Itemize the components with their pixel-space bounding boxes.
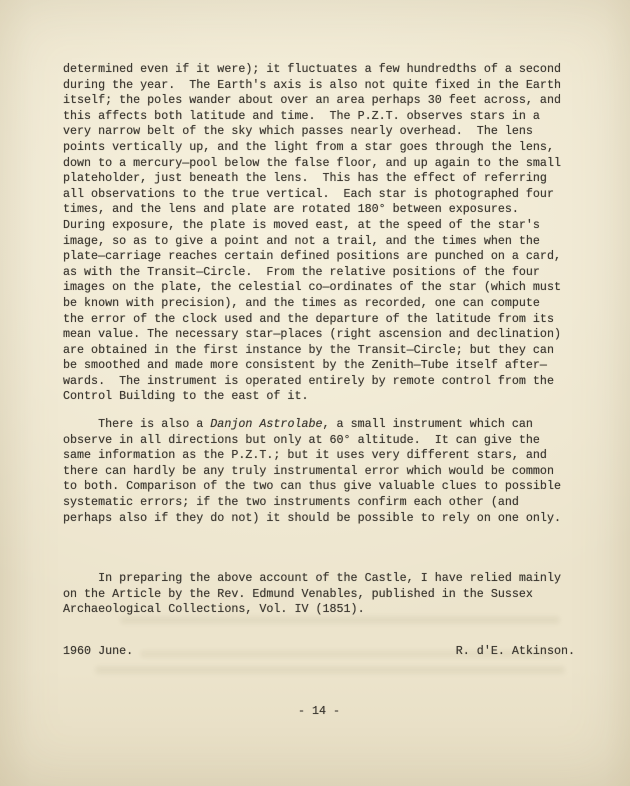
- text-line: plate—carriage reaches certain defined p…: [63, 249, 575, 265]
- text-segment: down to a mercury—pool below the false f…: [63, 156, 561, 170]
- text-line: points vertically up, and the light from…: [63, 140, 575, 156]
- text-line: down to a mercury—pool below the false f…: [63, 156, 575, 172]
- text-segment: as with the Transit—Circle. From the rel…: [63, 265, 540, 279]
- text-segment: , a small instrument which can: [323, 417, 533, 431]
- text-line: be known with precision), and the times …: [63, 296, 575, 312]
- text-line: as with the Transit—Circle. From the rel…: [63, 265, 575, 281]
- text-segment: all observations to the true vertical. E…: [63, 187, 554, 201]
- text-line: plateholder, just beneath the lens. This…: [63, 171, 575, 187]
- text-line: this affects both latitude and time. The…: [63, 109, 575, 125]
- text-line: image, so as to give a point and not a t…: [63, 234, 575, 250]
- text-line: determined even if it were); it fluctuat…: [63, 62, 575, 78]
- date-text: 1960 June.: [63, 644, 133, 660]
- text-segment: images on the plate, the celestial co—or…: [63, 280, 561, 294]
- text-line: Control Building to the east of it.: [63, 389, 575, 405]
- text-segment: determined even if it were); it fluctuat…: [63, 62, 561, 76]
- text-line: same information as the P.Z.T.; but it u…: [63, 448, 575, 464]
- text-line: itself; the poles wander about over an a…: [63, 93, 575, 109]
- text-segment: observe in all directions but only at 60…: [63, 433, 540, 447]
- text-line: In preparing the above account of the Ca…: [63, 571, 575, 587]
- page-number: - 14 -: [63, 704, 575, 720]
- text-segment: on the Article by the Rev. Edmund Venabl…: [63, 587, 533, 601]
- text-segment: mean value. The necessary star—places (r…: [63, 327, 561, 341]
- text-line: mean value. The necessary star—places (r…: [63, 327, 575, 343]
- paragraph: There is also a Danjon Astrolabe, a smal…: [63, 417, 575, 526]
- text-line: all observations to the true vertical. E…: [63, 187, 575, 203]
- signature-text: R. d'E. Atkinson.: [456, 644, 575, 660]
- text-line: on the Article by the Rev. Edmund Venabl…: [63, 587, 575, 603]
- text-segment: points vertically up, and the light from…: [63, 140, 554, 154]
- text-segment: In preparing the above account of the Ca…: [63, 571, 561, 585]
- text-line: to both. Comparison of the two can thus …: [63, 479, 575, 495]
- text-segment: be known with precision), and the times …: [63, 296, 540, 310]
- text-line: there can hardly be any truly instrument…: [63, 464, 575, 480]
- text-line: wards. The instrument is operated entire…: [63, 374, 575, 390]
- paragraph: determined even if it were); it fluctuat…: [63, 62, 575, 405]
- text-line: observe in all directions but only at 60…: [63, 433, 575, 449]
- text-segment: are obtained in the first instance by th…: [63, 343, 554, 357]
- text-line: the error of the clock used and the depa…: [63, 312, 575, 328]
- text-segment: plate—carriage reaches certain defined p…: [63, 249, 561, 263]
- paragraph: In preparing the above account of the Ca…: [63, 571, 575, 618]
- text-segment: be smoothed and made more consistent by …: [63, 358, 547, 372]
- text-line: During exposure, the plate is moved east…: [63, 218, 575, 234]
- text-line: very narrow belt of the sky which passes…: [63, 124, 575, 140]
- text-line: be smoothed and made more consistent by …: [63, 358, 575, 374]
- text-segment: Archaeological Collections, Vol. IV (185…: [63, 602, 365, 616]
- text-segment: wards. The instrument is operated entire…: [63, 374, 554, 388]
- text-line: Archaeological Collections, Vol. IV (185…: [63, 602, 575, 618]
- text-segment: During exposure, the plate is moved east…: [63, 218, 540, 232]
- text-line: There is also a Danjon Astrolabe, a smal…: [63, 417, 575, 433]
- italic-text: Danjon Astrolabe: [210, 417, 322, 431]
- text-segment: very narrow belt of the sky which passes…: [63, 124, 533, 138]
- text-line: are obtained in the first instance by th…: [63, 343, 575, 359]
- text-line: during the year. The Earth's axis is als…: [63, 78, 575, 94]
- text-line: times, and the lens and plate are rotate…: [63, 202, 575, 218]
- text-line: images on the plate, the celestial co—or…: [63, 280, 575, 296]
- text-segment: itself; the poles wander about over an a…: [63, 93, 561, 107]
- text-segment: plateholder, just beneath the lens. This…: [63, 171, 547, 185]
- text-segment: Control Building to the east of it.: [63, 389, 308, 403]
- text-segment: during the year. The Earth's axis is als…: [63, 78, 561, 92]
- text-segment: the error of the clock used and the depa…: [63, 312, 554, 326]
- text-segment: same information as the P.Z.T.; but it u…: [63, 448, 547, 462]
- document-body: determined even if it were); it fluctuat…: [63, 62, 575, 719]
- text-line: perhaps also if they do not) it should b…: [63, 511, 575, 527]
- text-segment: perhaps also if they do not) it should b…: [63, 511, 561, 525]
- text-segment: image, so as to give a point and not a t…: [63, 234, 540, 248]
- text-segment: times, and the lens and plate are rotate…: [63, 202, 519, 216]
- text-segment: There is also a: [63, 417, 210, 431]
- date-signature-line: 1960 June. R. d'E. Atkinson.: [63, 644, 575, 660]
- text-segment: there can hardly be any truly instrument…: [63, 464, 554, 478]
- text-segment: to both. Comparison of the two can thus …: [63, 479, 561, 493]
- scanned-page: determined even if it were); it fluctuat…: [0, 0, 630, 786]
- paragraphs-container: determined even if it were); it fluctuat…: [63, 62, 575, 618]
- text-segment: this affects both latitude and time. The…: [63, 109, 540, 123]
- text-segment: systematic errors; if the two instrument…: [63, 495, 519, 509]
- text-line: systematic errors; if the two instrument…: [63, 495, 575, 511]
